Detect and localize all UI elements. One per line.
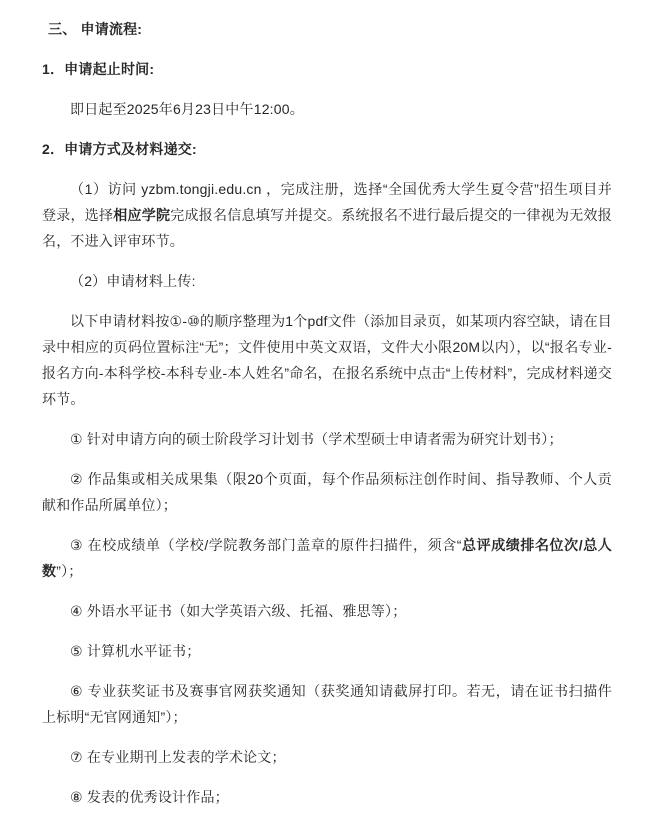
materials-intro-paragraph: 以下申请材料按①-⑩的顺序整理为1个pdf文件（添加目录页，如某项内容空缺，请在… <box>42 308 612 412</box>
text-run: ⑤ 计算机水平证书； <box>70 643 200 659</box>
step-2-materials-upload-heading: （2）申请材料上传: <box>42 268 612 294</box>
material-item-5-computer-certificate: ⑤ 计算机水平证书； <box>42 638 612 664</box>
material-item-4-language-certificate: ④ 外语水平证书（如大学英语六级、托福、雅思等）； <box>42 598 612 624</box>
text-run: 1．申请起止时间: <box>42 61 154 77</box>
text-run: ③ 在校成绩单（学校/学院教务部门盖章的原件扫描件，须含“ <box>70 537 462 553</box>
text-run: ⑧ 发表的优秀设计作品； <box>70 789 229 805</box>
text-run: ”）； <box>56 563 82 579</box>
document-page: 三、 申请流程: 1．申请起止时间: 即日起至2025年6月23日中午12:00… <box>0 0 652 810</box>
text-run: ⑦ 在专业期刊上发表的学术论文； <box>70 749 286 765</box>
material-item-8-published-design-works: ⑧ 发表的优秀设计作品； <box>42 784 612 810</box>
text-run: ④ 外语水平证书（如大学英语六级、托福、雅思等）； <box>70 603 406 619</box>
text-run: 2．申请方式及材料递交: <box>42 141 197 157</box>
text-run: 相应学院 <box>113 207 170 223</box>
text-run: ① 针对申请方向的硕士阶段学习计划书（学术型硕士申请者需为研究计划书）； <box>70 431 563 447</box>
text-run: 即日起至2025年6月23日中午12:00。 <box>70 101 304 117</box>
subsection-heading-application-method: 2．申请方式及材料递交: <box>42 136 612 162</box>
material-item-2-portfolio: ② 作品集或相关成果集（限20个页面，每个作品须标注创作时间、指导教师、个人贡献… <box>42 466 612 518</box>
text-run: 以下申请材料按①-⑩的顺序整理为1个pdf文件（添加目录页，如某项内容空缺，请在… <box>42 313 612 407</box>
step-1-registration-paragraph: （1）访问 yzbm.tongji.edu.cn ，完成注册，选择“全国优秀大学… <box>42 176 612 254</box>
subsection-heading-application-period: 1．申请起止时间: <box>42 56 612 82</box>
material-item-1-study-plan: ① 针对申请方向的硕士阶段学习计划书（学术型硕士申请者需为研究计划书）； <box>42 426 612 452</box>
text-run: ⑥ 专业获奖证书及赛事官网获奖通知（获奖通知请截屏打印。若无，请在证书扫描件上标… <box>42 683 612 725</box>
section-heading-application-process: 三、 申请流程: <box>42 16 612 42</box>
text-run: 三、 申请流程: <box>48 21 142 37</box>
material-item-6-award-certificates: ⑥ 专业获奖证书及赛事官网获奖通知（获奖通知请截屏打印。若无，请在证书扫描件上标… <box>42 678 612 730</box>
application-deadline-text: 即日起至2025年6月23日中午12:00。 <box>42 96 612 122</box>
text-run: （2）申请材料上传: <box>70 273 196 289</box>
text-run: ② 作品集或相关成果集（限20个页面，每个作品须标注创作时间、指导教师、个人贡献… <box>42 471 612 513</box>
material-item-3-transcript: ③ 在校成绩单（学校/学院教务部门盖章的原件扫描件，须含“总评成绩排名位次/总人… <box>42 532 612 584</box>
material-item-7-academic-papers: ⑦ 在专业期刊上发表的学术论文； <box>42 744 612 770</box>
